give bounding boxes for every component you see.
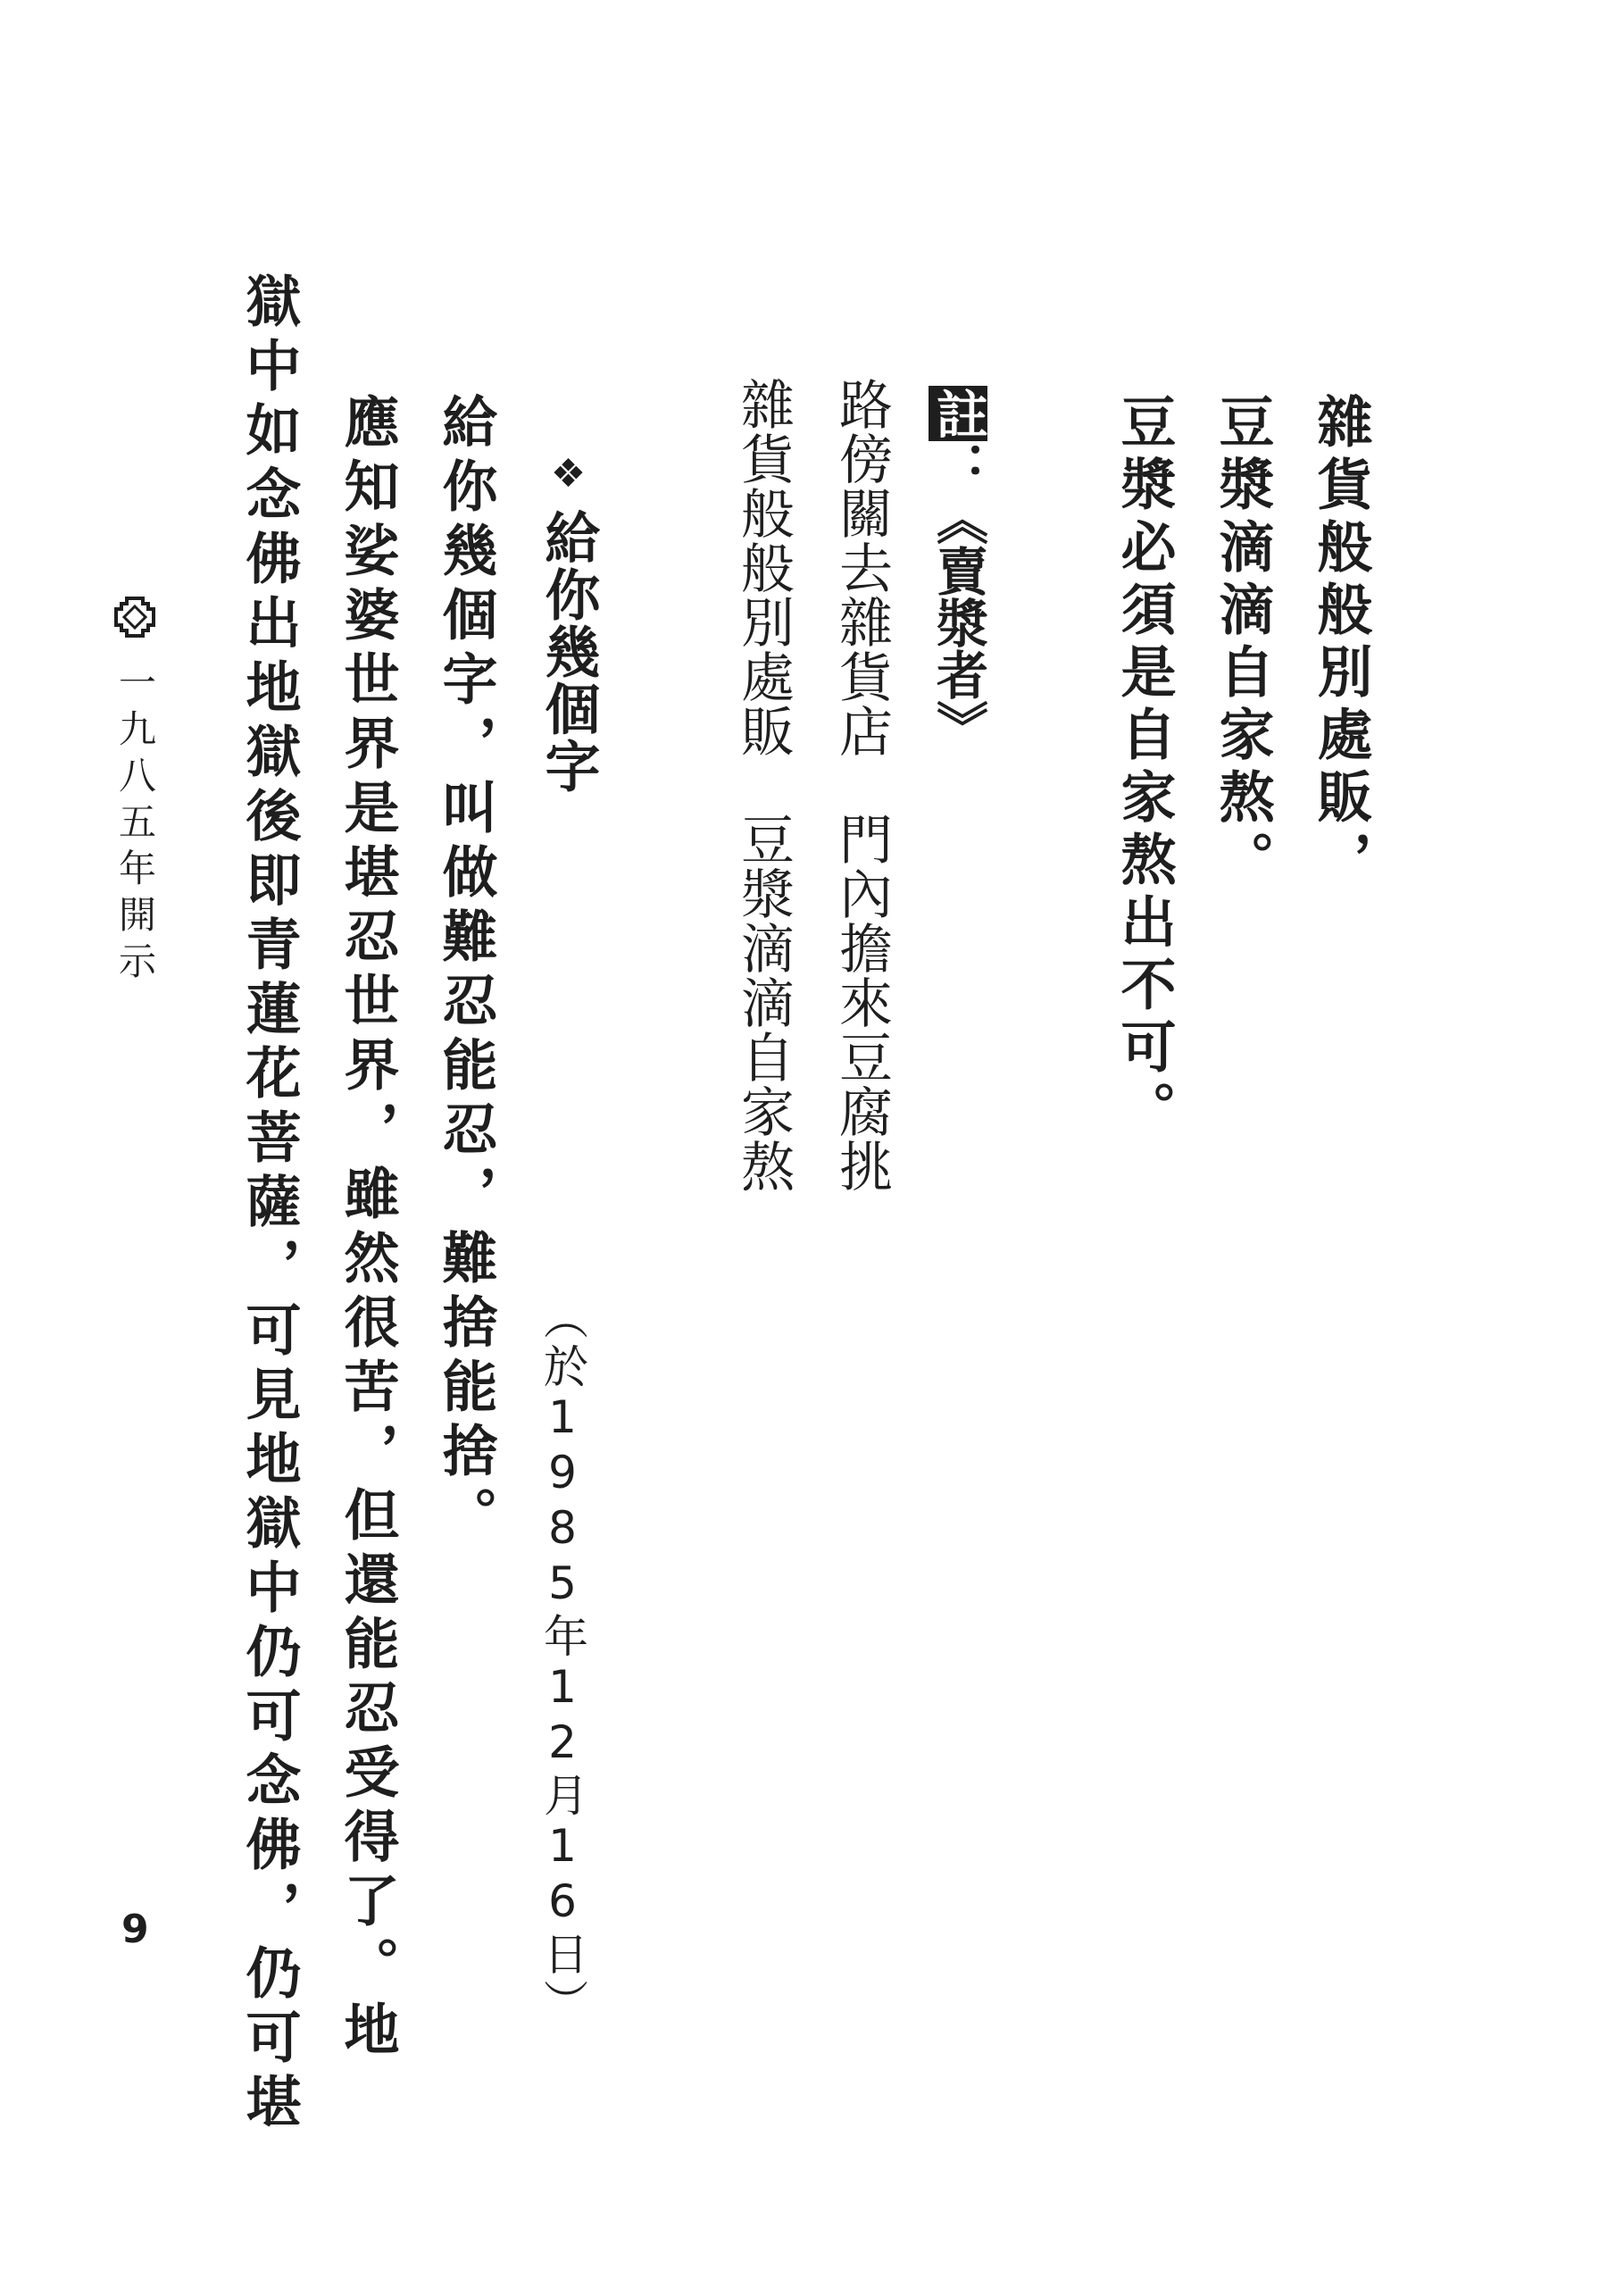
body-line-3: 獄中如念佛出地獄後即青蓮花菩薩，可見地獄中仍可念佛，仍可堪: [241, 272, 296, 2137]
section-title: 給你幾個字: [536, 509, 601, 795]
poem-line-1: 雜貨般般別處販，: [1312, 393, 1368, 893]
running-title: 一九八五年開示: [114, 597, 155, 988]
note-line-2: 雜貨般般別處販豆漿滴滴自家熬: [737, 377, 790, 1193]
poem-line-2: 豆漿滴滴自家熬。: [1214, 393, 1270, 893]
note-line-2-first: 雜貨般般別處販: [732, 377, 795, 758]
note-title: ：《賣漿者》: [928, 441, 988, 752]
body-line-2: 應知娑婆世界是堪忍世界，雖然很苦，但還能忍受得了。地: [339, 393, 395, 2065]
note-line-1-first: 路傍關去雜貨店: [830, 377, 893, 758]
diamond-bullet-icon: ❖: [548, 451, 587, 498]
note-line-1: 路傍關去雜貨店門內擔來豆腐挑: [835, 377, 888, 1193]
note-line-2-second: 豆漿滴滴自家熬: [732, 812, 795, 1193]
section-heading: ❖給你幾個字: [540, 451, 595, 795]
running-title-text: 一九八五年開示: [113, 663, 157, 988]
section-date: （於1985年12月16日）: [540, 1295, 585, 2027]
body-line-1: 給你幾個字，叫做難忍能忍，難捨能捨。: [437, 393, 493, 1550]
note-label: 註: [929, 386, 987, 441]
note-line-1-second: 門內擔來豆腐挑: [830, 812, 893, 1193]
poem-line-3: 豆漿必須是自家熬出不可。: [1116, 393, 1171, 1143]
diamond-emblem-icon: [114, 597, 155, 638]
note-heading: 註：《賣漿者》: [929, 386, 987, 752]
page-number: 9: [121, 1907, 149, 1952]
